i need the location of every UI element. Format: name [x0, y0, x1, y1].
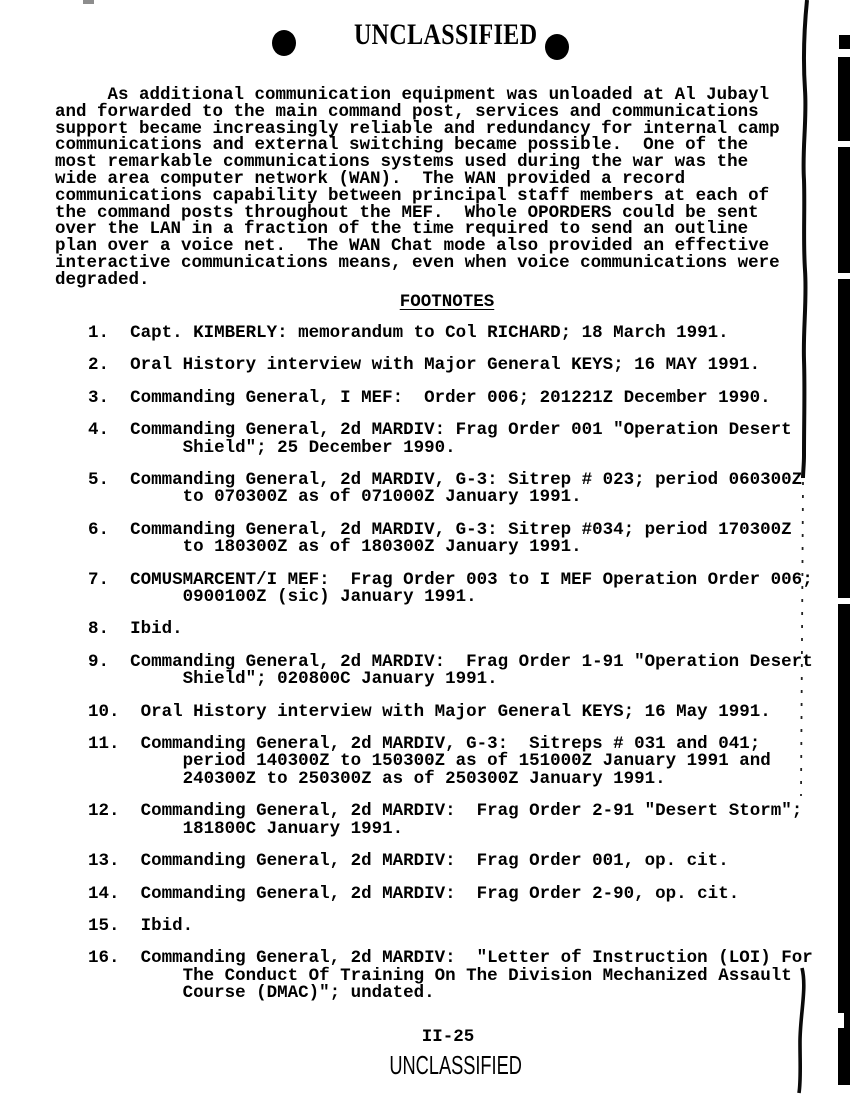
scan-speck — [83, 0, 94, 4]
footnote-text: Ibid. — [130, 621, 183, 638]
footnote-text: Commanding General, 2d MARDIV: Frag Orde… — [141, 803, 803, 838]
footnote-number: 4. — [88, 422, 130, 457]
footnote-text: Commanding General, 2d MARDIV: "Letter o… — [141, 950, 813, 1002]
footnote-text: Commanding General, 2d MARDIV: Frag Orde… — [141, 853, 729, 870]
footnote-item: 12.Commanding General, 2d MARDIV: Frag O… — [88, 803, 795, 838]
body-paragraph: As additional communication equipment wa… — [55, 87, 795, 289]
footnote-item: 11.Commanding General, 2d MARDIV, G-3: S… — [88, 736, 795, 788]
footnote-number: 16. — [88, 950, 141, 1002]
footnote-item: 4.Commanding General, 2d MARDIV: Frag Or… — [88, 422, 795, 457]
footnote-item: 2.Oral History interview with Major Gene… — [88, 357, 795, 374]
footnote-item: 6.Commanding General, 2d MARDIV, G-3: Si… — [88, 522, 795, 557]
edge-line-top — [803, 0, 807, 478]
footnote-number: 6. — [88, 522, 130, 557]
footnotes-heading: FOOTNOTES — [400, 294, 495, 311]
footnotes-list: 1.Capt. KIMBERLY: memorandum to Col RICH… — [55, 325, 795, 1003]
scan-bar-segment — [838, 604, 850, 1013]
footnote-item: 13.Commanding General, 2d MARDIV: Frag O… — [88, 853, 795, 870]
footnote-text: Oral History interview with Major Genera… — [130, 357, 760, 374]
footnote-item: 7.COMUSMARCENT/I MEF: Frag Order 003 to … — [88, 572, 795, 607]
footnote-item: 16.Commanding General, 2d MARDIV: "Lette… — [88, 950, 795, 1002]
footnote-text: Commanding General, 2d MARDIV: Frag Orde… — [130, 422, 792, 457]
edge-line-dashed — [801, 482, 803, 796]
document-footer: UNCLASSIFIED — [0, 1052, 850, 1079]
scan-bar-segment — [838, 279, 850, 598]
footnote-item: 8.Ibid. — [88, 621, 795, 638]
text-block: As additional communication equipment wa… — [55, 87, 795, 1018]
classification-dot-right — [545, 34, 569, 60]
footnote-text: Commanding General, 2d MARDIV: Frag Orde… — [130, 654, 813, 689]
footnote-item: 10.Oral History interview with Major Gen… — [88, 704, 795, 721]
footer-classification-label: UNCLASSIFIED — [390, 1052, 522, 1078]
scan-bar-segment — [838, 57, 850, 141]
footnote-item: 5.Commanding General, 2d MARDIV, G-3: Si… — [88, 472, 795, 507]
footnote-number: 9. — [88, 654, 130, 689]
footnote-item: 15.Ibid. — [88, 918, 795, 935]
footnote-number: 15. — [88, 918, 141, 935]
footnote-item: 9.Commanding General, 2d MARDIV: Frag Or… — [88, 654, 795, 689]
footnote-number: 8. — [88, 621, 130, 638]
footnote-number: 2. — [88, 357, 130, 374]
footnote-text: Commanding General, 2d MARDIV, G-3: Sitr… — [130, 522, 792, 557]
scan-bar-segment — [844, 1013, 850, 1028]
page-number: II-25 — [422, 1029, 475, 1046]
footnote-item: 1.Capt. KIMBERLY: memorandum to Col RICH… — [88, 325, 795, 342]
footnote-number: 14. — [88, 886, 141, 903]
footnotes-heading-wrap: FOOTNOTES — [55, 293, 795, 311]
footnote-number: 11. — [88, 736, 141, 788]
footnote-item: 3.Commanding General, I MEF: Order 006; … — [88, 390, 795, 407]
footnote-number: 12. — [88, 803, 141, 838]
footnote-text: COMUSMARCENT/I MEF: Frag Order 003 to I … — [130, 572, 813, 607]
document-header: UNCLASSIFIED — [0, 20, 850, 50]
footnote-number: 1. — [88, 325, 130, 342]
footnote-text: Capt. KIMBERLY: memorandum to Col RICHAR… — [130, 325, 729, 342]
footnote-number: 5. — [88, 472, 130, 507]
footnote-text: Commanding General, I MEF: Order 006; 20… — [130, 390, 771, 407]
footnote-number: 7. — [88, 572, 130, 607]
footnote-text: Commanding General, 2d MARDIV, G-3: Sitr… — [130, 472, 802, 507]
scan-bar-segment — [838, 147, 850, 273]
header-classification-label: UNCLASSIFIED — [354, 20, 538, 50]
footnote-text: Commanding General, 2d MARDIV: Frag Orde… — [141, 886, 740, 903]
footnote-text: Ibid. — [141, 918, 194, 935]
footnote-number: 13. — [88, 853, 141, 870]
page-number-wrap: II-25 — [0, 1028, 850, 1046]
footnote-text: Oral History interview with Major Genera… — [141, 704, 771, 721]
footnote-number: 3. — [88, 390, 130, 407]
footnote-text: Commanding General, 2d MARDIV, G-3: Sitr… — [141, 736, 771, 788]
footnote-number: 10. — [88, 704, 141, 721]
document-page: UNCLASSIFIED As additional communication… — [0, 0, 850, 1105]
footnote-item: 14.Commanding General, 2d MARDIV: Frag O… — [88, 886, 795, 903]
